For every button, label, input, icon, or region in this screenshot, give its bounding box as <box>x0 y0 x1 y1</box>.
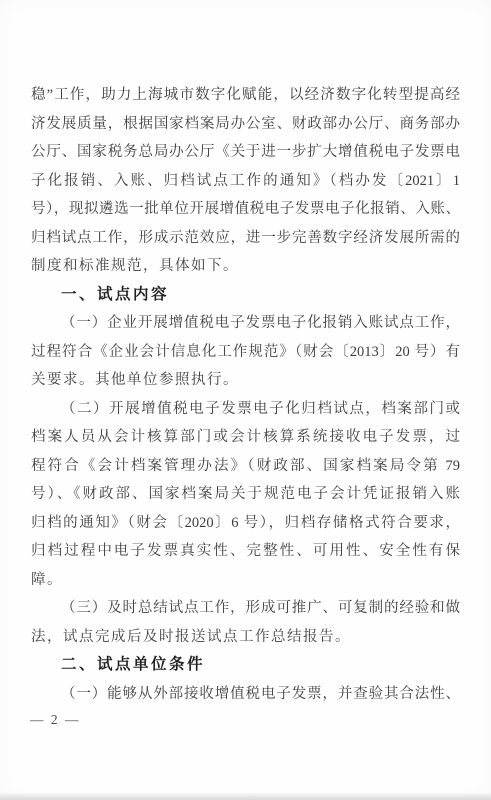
document-line: 过程符合《企业会计信息化工作规范》（财会〔2013〕20 号）有 <box>31 338 460 367</box>
document-line: 关要求。其他单位参照执行。 <box>31 366 460 395</box>
page-bottom-edge <box>0 793 491 800</box>
document-line: 程符合《会计档案管理办法》（财政部、国家档案局令第 79 <box>31 452 460 481</box>
document-line: 稳”工作，助力上海城市数字化赋能，以经济数字化转型提高经 <box>31 81 460 110</box>
document-line: 号），现拟遴选一批单位开展增值税电子发票电子化报销、入账、 <box>31 195 460 224</box>
page-number: — 2 — <box>30 708 81 732</box>
document-line: （二）开展增值税电子发票电子化归档试点，档案部门或 <box>31 395 460 424</box>
document-line: 制度和标准规范，具体如下。 <box>31 252 460 281</box>
document-line: 号）、《财政部、国家档案局关于规范电子会计凭证报销入账 <box>31 480 460 509</box>
document-line: 公厅、国家税务总局办公厅《关于进一步扩大增值税电子发票电 <box>31 138 460 167</box>
document-line: 法，试点完成后及时报送试点工作总结报告。 <box>31 623 460 652</box>
document-line: 档案人员从会计核算部门或会计核算系统接收电子发票，过 <box>31 423 460 452</box>
document-text-block: 稳”工作，助力上海城市数字化赋能，以经济数字化转型提高经济发展质量，根据国家档案… <box>31 81 460 708</box>
document-line: 济发展质量，根据国家档案局办公室、财政部办公厅、商务部办 <box>31 110 460 139</box>
document-line: 归档的通知》（财会〔2020〕6 号），归档存储格式符合要求， <box>31 509 460 538</box>
document-line: （三）及时总结试点工作，形成可推广、可复制的经验和做 <box>31 594 460 623</box>
document-line: （一）企业开展增值税电子发票电子化报销入账试点工作， <box>31 309 460 338</box>
section-heading: 一、试点内容 <box>31 281 460 310</box>
document-line: 障。 <box>31 566 460 595</box>
document-line: 归档试点工作，形成示范效应，进一步完善数字经济发展所需的 <box>31 224 460 253</box>
document-page: 稳”工作，助力上海城市数字化赋能，以经济数字化转型提高经济发展质量，根据国家档案… <box>0 0 491 800</box>
document-line: 子化报销、入账、归档试点工作的通知》（档办发〔2021〕1 <box>31 167 460 196</box>
document-line: 归档过程中电子发票真实性、完整性、可用性、安全性有保 <box>31 537 460 566</box>
document-line: （一）能够从外部接收增值税电子发票，并查验其合法性、 <box>31 680 460 709</box>
section-heading: 二、试点单位条件 <box>31 651 460 680</box>
